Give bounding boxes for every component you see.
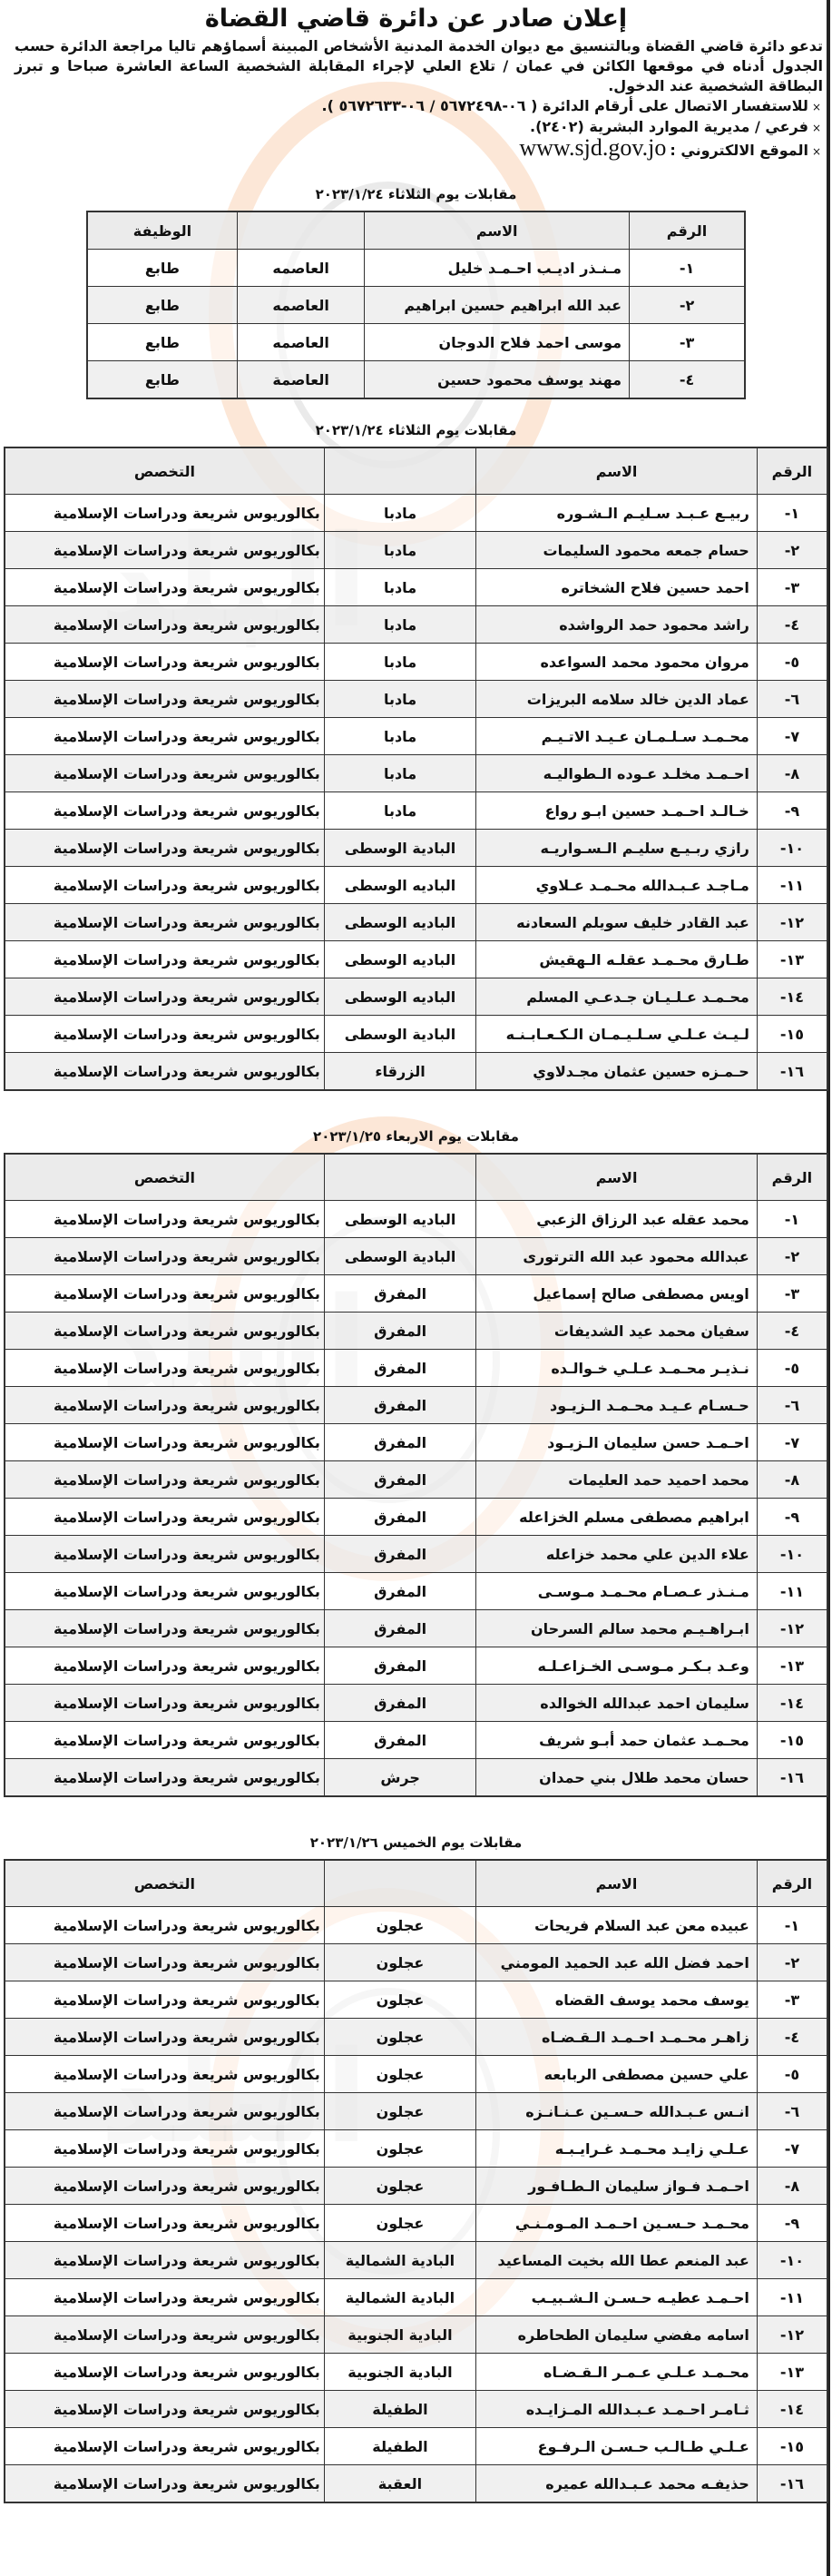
cell-region: عجلون — [324, 2019, 475, 2056]
cell-name: لـيـث عـلـي سـلـيـمـان الـكـعـابـنـه — [476, 1016, 758, 1053]
bullet-x-icon: × — [812, 122, 821, 134]
cell-job: طابع — [87, 324, 237, 361]
table-row: ١-عبيده معن عبد السلام فريحاتعجلونبكالور… — [5, 1907, 827, 1944]
cell-name: محـمـد عـلـيـان جـدعـي المسلم — [476, 978, 758, 1016]
cell-name: حسان محمد طلال بني حمدان — [476, 1759, 757, 1797]
cell-specialization: بكالوريوس شريعة ودراسات الإسلامية — [5, 1016, 324, 1053]
table-row: ٥-مروان محمود محمد السواعدهمادبابكالوريو… — [5, 644, 827, 681]
header-number: الرقم — [757, 1154, 827, 1201]
cell-number: ١- — [757, 1907, 827, 1944]
table-row: ٤-مهند يوسف محمود حسينالعاصمةطابع — [87, 361, 745, 399]
cell-region: الباديه الوسطى — [324, 904, 475, 941]
cell-number: ٤- — [757, 1313, 827, 1350]
cell-specialization: بكالوريوس شريعة ودراسات الإسلامية — [5, 941, 324, 978]
cell-region: عجلون — [324, 1944, 475, 1981]
table-row: ١١-مـاجـد عـبـدالله محـمـد عـلاويالباديه… — [5, 867, 827, 904]
cell-number: ٢- — [757, 1238, 827, 1275]
contact-extension-item: ×فرعي / مديرية الموارد البشرية (٢٤٠٢). — [0, 117, 821, 138]
cell-number: ٤- — [757, 2019, 827, 2056]
cell-number: ٧- — [757, 1424, 827, 1461]
header-specialization: التخصص — [5, 1154, 324, 1201]
table-row: ٧-عـلـي زايـد محـمـد غـرايـبـهعجلونبكالو… — [5, 2130, 827, 2168]
cell-region: البادية الوسطى — [324, 830, 475, 867]
cell-specialization: بكالوريوس شريعة ودراسات الإسلامية — [5, 1313, 324, 1350]
table-row: ١٢-اسامه مفضي سليمان الطحاطرهالبادية الج… — [5, 2316, 827, 2354]
cell-specialization: بكالوريوس شريعة ودراسات الإسلامية — [5, 904, 324, 941]
cell-job: طابع — [87, 361, 237, 399]
table-row: ١٤-محـمـد عـلـيـان جـدعـي المسلمالباديه … — [5, 978, 827, 1016]
cell-name: مـنـذر اديـب احـمـد خليل — [365, 250, 630, 287]
cell-number: ٢- — [630, 287, 745, 324]
cell-region: المفرق — [324, 1424, 476, 1461]
cell-specialization: بكالوريوس شريعة ودراسات الإسلامية — [5, 1722, 324, 1759]
cell-number: ١٠- — [757, 1536, 827, 1573]
cell-name: احـمـد عطيـه حـسـن الـشـبيـب — [476, 2279, 758, 2316]
table-row: ٩-ابراهيم مصطفى مسلم الخزاعلهالمفرقبكالو… — [5, 1499, 827, 1536]
cell-name: عـلـي زايـد محـمـد غـرايـبـه — [476, 2130, 758, 2168]
cell-specialization: بكالوريوس شريعة ودراسات الإسلامية — [5, 2056, 324, 2093]
cell-number: ١٥- — [757, 2428, 827, 2465]
table-header-row: الرقم الاسم التخصص — [5, 1154, 827, 1201]
cell-number: ١٠- — [757, 830, 827, 867]
cell-region: مادبا — [324, 569, 475, 606]
cell-job: طابع — [87, 250, 237, 287]
table-row: ١٣-وعـد بـكـر مـوسـى الخـزاعـلـهالمفرقبك… — [5, 1647, 827, 1685]
cell-specialization: بكالوريوس شريعة ودراسات الإسلامية — [5, 1610, 324, 1647]
cell-name: عـلـي طـالـب حـسـن الـرفـوع — [476, 2428, 758, 2465]
cell-number: ٩- — [757, 1499, 827, 1536]
table-row: ١٥-لـيـث عـلـي سـلـيـمـان الـكـعـابـنـها… — [5, 1016, 827, 1053]
cell-number: ١٣- — [757, 2354, 827, 2391]
header-name: الاسم — [476, 447, 758, 495]
cell-name: ابراهيم مصطفى مسلم الخزاعله — [476, 1499, 757, 1536]
cell-name: حـمـزه حسين عثمان مجـدلاوي — [476, 1053, 758, 1091]
cell-region: العاصمه — [237, 250, 364, 287]
cell-number: ٨- — [757, 2168, 827, 2205]
table-row: ١٣-محـمـد عـلـي عـمـر الـقـضـاهالبادية ا… — [5, 2354, 827, 2391]
cell-region: مادبا — [324, 718, 475, 755]
cell-number: ٣- — [630, 324, 745, 361]
cell-name: سفيان محمد عيد الشديفات — [476, 1313, 757, 1350]
cell-region: مادبا — [324, 644, 475, 681]
table-row: ٢-عبد الله ابراهيم حسين ابراهيمالعاصمهطا… — [87, 287, 745, 324]
cell-specialization: بكالوريوس شريعة ودراسات الإسلامية — [5, 2242, 324, 2279]
cell-region: عجلون — [324, 2056, 475, 2093]
cell-specialization: بكالوريوس شريعة ودراسات الإسلامية — [5, 1759, 324, 1797]
cell-specialization: بكالوريوس شريعة ودراسات الإسلامية — [5, 532, 324, 569]
table-row: ٩-محـمـد حـسـين احـمـد المـومـنـيعجلونبك… — [5, 2205, 827, 2242]
table-row: ٨-احـمـد مخلـد عـوده الـطواليـهمادبابكال… — [5, 755, 827, 792]
table-row: ٣-موسى احمد فلاح الدوجانالعاصمهطابع — [87, 324, 745, 361]
cell-name: احمد حسين فلاح الشخاتره — [476, 569, 758, 606]
cell-number: ٢- — [757, 1944, 827, 1981]
cell-region: المفرق — [324, 1647, 476, 1685]
cell-region: جرش — [324, 1759, 476, 1797]
cell-region: الطفيلة — [324, 2428, 475, 2465]
cell-name: احـمـد فـواز سليمان الـطـافـور — [476, 2168, 758, 2205]
table-row: ٢-حسام جمعه محمود السليماتمادبابكالوريوس… — [5, 532, 827, 569]
cell-specialization: بكالوريوس شريعة ودراسات الإسلامية — [5, 1238, 324, 1275]
table-row: ٦-حـسـام عـيـد محـمـد الـزيـودالمفرقبكال… — [5, 1387, 827, 1424]
cell-name: احـمـد مخلـد عـوده الـطواليـه — [476, 755, 758, 792]
cell-specialization: بكالوريوس شريعة ودراسات الإسلامية — [5, 718, 324, 755]
cell-region: عجلون — [324, 1981, 475, 2019]
cell-specialization: بكالوريوس شريعة ودراسات الإسلامية — [5, 1201, 324, 1238]
table-row: ٩-خـالـد احـمـد حسين ابـو رواعمادبابكالو… — [5, 792, 827, 830]
cell-specialization: بكالوريوس شريعة ودراسات الإسلامية — [5, 495, 324, 532]
cell-name: مهند يوسف محمود حسين — [365, 361, 630, 399]
table-row: ٧-محـمـد سـلـمـان عـيـد الاتـيـممادبابكا… — [5, 718, 827, 755]
table-header-row: الرقم الاسم الوظيفة — [87, 211, 745, 250]
header-region — [324, 447, 475, 495]
cell-name: عبيده معن عبد السلام فريحات — [476, 1907, 758, 1944]
cell-name: احـمـد حسن سليمان الـزيـود — [476, 1424, 757, 1461]
header-name: الاسم — [365, 211, 630, 250]
cell-name: محمد عقله عبد الرزاق الزعبي — [476, 1201, 757, 1238]
table-row: ١٦-حـمـزه حسين عثمان مجـدلاويالزرقاءبكال… — [5, 1053, 827, 1091]
cell-specialization: بكالوريوس شريعة ودراسات الإسلامية — [5, 2168, 324, 2205]
cell-specialization: بكالوريوس شريعة ودراسات الإسلامية — [5, 644, 324, 681]
cell-specialization: بكالوريوس شريعة ودراسات الإسلامية — [5, 1907, 324, 1944]
cell-name: عماد الدين خالد سلامه البريزات — [476, 681, 758, 718]
cell-region: المفرق — [324, 1313, 476, 1350]
cell-name: وعـد بـكـر مـوسـى الخـزاعـلـه — [476, 1647, 757, 1685]
cell-number: ١٢- — [757, 2316, 827, 2354]
cell-number: ٧- — [757, 718, 827, 755]
cell-number: ١٣- — [757, 1647, 827, 1685]
cell-name: مـاجـد عـبـدالله محـمـد عـلاوي — [476, 867, 758, 904]
header-region — [237, 211, 364, 250]
cell-number: ١٦- — [757, 1053, 827, 1091]
table-row: ١-مـنـذر اديـب احـمـد خليلالعاصمهطابع — [87, 250, 745, 287]
cell-number: ٦- — [757, 1387, 827, 1424]
cell-name: محـمـد حـسـين احـمـد المـومـنـي — [476, 2205, 758, 2242]
cell-region: العاصمة — [237, 361, 364, 399]
cell-specialization: بكالوريوس شريعة ودراسات الإسلامية — [5, 1424, 324, 1461]
cell-region: البادية الجنوبية — [324, 2354, 475, 2391]
cell-specialization: بكالوريوس شريعة ودراسات الإسلامية — [5, 1053, 324, 1091]
table-row: ٤-زاهـر محـمـد احـمـد الـقـضـاهعجلونبكال… — [5, 2019, 827, 2056]
table-row: ١٢-عبد القادر خليف سويلم السعادنهالباديه… — [5, 904, 827, 941]
contact-list: ×للاستفسار الاتصال على أرقام الدائرة ( ٠… — [0, 96, 821, 162]
contact-phone-item: ×للاستفسار الاتصال على أرقام الدائرة ( ٠… — [0, 96, 821, 117]
header-specialization: التخصص — [5, 447, 324, 495]
cell-specialization: بكالوريوس شريعة ودراسات الإسلامية — [5, 867, 324, 904]
table-row: ١٥-محـمـد عثمان حمد أبـو شريفالمفرقبكالو… — [5, 1722, 827, 1759]
cell-number: ٣- — [757, 1981, 827, 2019]
cell-job: طابع — [87, 287, 237, 324]
cell-number: ٩- — [757, 792, 827, 830]
website-label: الموقع الالكتروني : — [670, 142, 808, 159]
cell-number: ٨- — [757, 1461, 827, 1499]
cell-specialization: بكالوريوس شريعة ودراسات الإسلامية — [5, 1981, 324, 2019]
cell-specialization: بكالوريوس شريعة ودراسات الإسلامية — [5, 755, 324, 792]
cell-region: العاصمه — [237, 324, 364, 361]
cell-specialization: بكالوريوس شريعة ودراسات الإسلامية — [5, 2093, 324, 2130]
header-region — [324, 1860, 475, 1907]
table-row: ١-محمد عقله عبد الرزاق الزعبيالباديه الو… — [5, 1201, 827, 1238]
cell-specialization: بكالوريوس شريعة ودراسات الإسلامية — [5, 1461, 324, 1499]
cell-name: طـارق محـمـد عقلـه الـهقيش — [476, 941, 758, 978]
table-row: ٦-عماد الدين خالد سلامه البريزاتمادبابكا… — [5, 681, 827, 718]
section-title-wednesday: مقابلات يوم الاربعاء ٢٠٢٣/١/٢٥ — [0, 1127, 832, 1145]
cell-region: مادبا — [324, 532, 475, 569]
header-number: الرقم — [630, 211, 745, 250]
cell-region: عجلون — [324, 2130, 475, 2168]
cell-specialization: بكالوريوس شريعة ودراسات الإسلامية — [5, 1573, 324, 1610]
cell-name: اسامه مفضي سليمان الطحاطره — [476, 2316, 758, 2354]
interview-table-thursday: الرقم الاسم التخصص ١-عبيده معن عبد السلا… — [4, 1859, 828, 2503]
cell-number: ١٣- — [757, 941, 827, 978]
cell-name: موسى احمد فلاح الدوجان — [365, 324, 630, 361]
contact-extension-text: فرعي / مديرية الموارد البشرية (٢٤٠٢). — [530, 118, 808, 135]
cell-region: المفرق — [324, 1499, 476, 1536]
cell-specialization: بكالوريوس شريعة ودراسات الإسلامية — [5, 1536, 324, 1573]
table-row: ٣-احمد حسين فلاح الشخاترهمادبابكالوريوس … — [5, 569, 827, 606]
cell-region: المفرق — [324, 1387, 476, 1424]
cell-number: ٨- — [757, 755, 827, 792]
cell-name: محـمـد عثمان حمد أبـو شريف — [476, 1722, 757, 1759]
table-row: ١٥-عـلـي طـالـب حـسـن الـرفـوعالطفيلةبكا… — [5, 2428, 827, 2465]
cell-region: العقبة — [324, 2465, 475, 2503]
table-row: ٣-يوسف محمد يوسف القضاهعجلونبكالوريوس شر… — [5, 1981, 827, 2019]
contact-phone-text: للاستفسار الاتصال على أرقام الدائرة ( ٠٦… — [322, 97, 808, 114]
cell-region: العاصمه — [237, 287, 364, 324]
cell-specialization: بكالوريوس شريعة ودراسات الإسلامية — [5, 2465, 324, 2503]
cell-specialization: بكالوريوس شريعة ودراسات الإسلامية — [5, 569, 324, 606]
table-row: ١٤-سليمان احمد عبدالله الخوالدهالمفرقبكا… — [5, 1685, 827, 1722]
cell-region: المفرق — [324, 1350, 476, 1387]
contact-website-item: ×الموقع الالكتروني :www.sjd.gov.jo — [0, 138, 821, 162]
cell-region: الزرقاء — [324, 1053, 475, 1091]
cell-name: حـسـام عـيـد محـمـد الـزيـود — [476, 1387, 757, 1424]
cell-number: ٩- — [757, 2205, 827, 2242]
cell-number: ١٦- — [757, 1759, 827, 1797]
interview-table-wednesday: الرقم الاسم التخصص ١-محمد عقله عبد الرزا… — [4, 1153, 828, 1797]
cell-specialization: بكالوريوس شريعة ودراسات الإسلامية — [5, 2205, 324, 2242]
cell-name: حذيفـه محمد عـبـدالله عميره — [476, 2465, 758, 2503]
table-row: ١٠-علاء الدين علي محمد خزاعلهالمفرقبكالو… — [5, 1536, 827, 1573]
cell-region: عجلون — [324, 1907, 475, 1944]
cell-name: محـمـد سـلـمـان عـيـد الاتـيـم — [476, 718, 758, 755]
table-row: ٢-عبدالله محمود عبد الله الترتورىالبادية… — [5, 1238, 827, 1275]
cell-name: علاء الدين علي محمد خزاعله — [476, 1536, 757, 1573]
cell-region: المفرق — [324, 1461, 476, 1499]
cell-specialization: بكالوريوس شريعة ودراسات الإسلامية — [5, 1499, 324, 1536]
cell-name: اويس مصطفى صالح إسماعيل — [476, 1275, 757, 1313]
cell-region: المفرق — [324, 1685, 476, 1722]
cell-number: ٤- — [630, 361, 745, 399]
bullet-x-icon: × — [812, 145, 821, 158]
cell-specialization: بكالوريوس شريعة ودراسات الإسلامية — [5, 2391, 324, 2428]
cell-region: المفرق — [324, 1275, 476, 1313]
cell-specialization: بكالوريوس شريعة ودراسات الإسلامية — [5, 1944, 324, 1981]
table-row: ١٦-حذيفـه محمد عـبـدالله عميرهالعقبةبكال… — [5, 2465, 827, 2503]
header-specialization: التخصص — [5, 1860, 324, 1907]
cell-number: ١٤- — [757, 978, 827, 1016]
table-row: ٧-احـمـد حسن سليمان الـزيـودالمفرقبكالور… — [5, 1424, 827, 1461]
header-region — [324, 1154, 476, 1201]
section-title-tuesday: مقابلات يوم الثلاثاء ٢٠٢٣/١/٢٤ — [0, 421, 832, 439]
cell-specialization: بكالوريوس شريعة ودراسات الإسلامية — [5, 2130, 324, 2168]
header-name: الاسم — [476, 1154, 757, 1201]
table-row: ٥-نـذيـر محـمـد عـلـي خـوالـدهالمفرقبكال… — [5, 1350, 827, 1387]
cell-region: مادبا — [324, 606, 475, 644]
table-row: ٨-احـمـد فـواز سليمان الـطـافـورعجلونبكا… — [5, 2168, 827, 2205]
cell-number: ٤- — [757, 606, 827, 644]
cell-region: الباديه الوسطى — [324, 941, 475, 978]
cell-region: عجلون — [324, 2205, 475, 2242]
cell-number: ١١- — [757, 1573, 827, 1610]
table-row: ٨-محمد احميد حمد العليماتالمفرقبكالوريوس… — [5, 1461, 827, 1499]
table-header-row: الرقم الاسم التخصص — [5, 447, 827, 495]
section-title-thursday: مقابلات يوم الخميس ٢٠٢٣/١/٢٦ — [0, 1834, 832, 1852]
cell-region: البادية الجنوبية — [324, 2316, 475, 2354]
cell-region: البادية الوسطى — [324, 1016, 475, 1053]
cell-region: البادية الشمالية — [324, 2279, 475, 2316]
cell-number: ١- — [757, 495, 827, 532]
cell-number: ١٥- — [757, 1016, 827, 1053]
cell-region: عجلون — [324, 2168, 475, 2205]
cell-region: الباديه الوسطى — [324, 867, 475, 904]
cell-number: ٣- — [757, 1275, 827, 1313]
table-row: ١٢-ابـراهـيـم محمد سالم السرحانالمفرقبكا… — [5, 1610, 827, 1647]
cell-specialization: بكالوريوس شريعة ودراسات الإسلامية — [5, 681, 324, 718]
cell-specialization: بكالوريوس شريعة ودراسات الإسلامية — [5, 2428, 324, 2465]
cell-number: ٥- — [757, 1350, 827, 1387]
cell-name: خـالـد احـمـد حسين ابـو رواع — [476, 792, 758, 830]
cell-specialization: بكالوريوس شريعة ودراسات الإسلامية — [5, 2354, 324, 2391]
cell-region: البادية الشمالية — [324, 2242, 475, 2279]
cell-name: عبد الله ابراهيم حسين ابراهيم — [365, 287, 630, 324]
section-title-tuesday-clerks: مقابلات يوم الثلاثاء ٢٠٢٣/١/٢٤ — [0, 185, 832, 203]
cell-number: ٦- — [757, 681, 827, 718]
cell-number: ٧- — [757, 2130, 827, 2168]
cell-name: عبد المنعم عطا الله بخيت المساعيد — [476, 2242, 758, 2279]
page-title: إعلان صادر عن دائرة قاضي القضاة — [0, 0, 832, 34]
cell-region: المفرق — [324, 1536, 476, 1573]
cell-region: المفرق — [324, 1610, 476, 1647]
table-row: ١٠-رازي ربـيـع سليـم الـسـواريـهالبادية … — [5, 830, 827, 867]
bullet-x-icon: × — [812, 101, 821, 113]
cell-region: مادبا — [324, 792, 475, 830]
cell-number: ١٥- — [757, 1722, 827, 1759]
cell-name: ثـامـر احـمـد عـبـدالله المـزايـده — [476, 2391, 758, 2428]
cell-region: الباديه الوسطى — [324, 1201, 476, 1238]
cell-number: ١٤- — [757, 1685, 827, 1722]
cell-specialization: بكالوريوس شريعة ودراسات الإسلامية — [5, 978, 324, 1016]
cell-number: ١٦- — [757, 2465, 827, 2503]
table-row: ١١-مـنـذر عـصـام محـمـد مـوسـىالمفرقبكال… — [5, 1573, 827, 1610]
header-number: الرقم — [757, 447, 827, 495]
table-row: ١٠-عبد المنعم عطا الله بخيت المساعيدالبا… — [5, 2242, 827, 2279]
cell-region: عجلون — [324, 2093, 475, 2130]
cell-name: عبد القادر خليف سويلم السعادنه — [476, 904, 758, 941]
cell-region: البادية الوسطى — [324, 1238, 476, 1275]
cell-name: ربيـع عـبـد سـليـم الـشـوره — [476, 495, 758, 532]
cell-number: ١٠- — [757, 2242, 827, 2279]
cell-specialization: بكالوريوس شريعة ودراسات الإسلامية — [5, 1685, 324, 1722]
cell-number: ٣- — [757, 569, 827, 606]
cell-name: محـمـد عـلـي عـمـر الـقـضـاه — [476, 2354, 758, 2391]
table-row: ٤-سفيان محمد عيد الشديفاتالمفرقبكالوريوس… — [5, 1313, 827, 1350]
cell-region: مادبا — [324, 681, 475, 718]
interview-table-tuesday: الرقم الاسم التخصص ١-ربيـع عـبـد سـليـم … — [4, 447, 828, 1091]
table-row: ٢-احمد فضل الله عبد الحميد المومنيعجلونب… — [5, 1944, 827, 1981]
table-row: ١-ربيـع عـبـد سـليـم الـشـورهمادبابكالور… — [5, 495, 827, 532]
cell-specialization: بكالوريوس شريعة ودراسات الإسلامية — [5, 2279, 324, 2316]
cell-name: محمد احميد حمد العليمات — [476, 1461, 757, 1499]
table-row: ٦-انـس عـبـدالله حـسـين عـنـانـزهعجلونبك… — [5, 2093, 827, 2130]
website-link[interactable]: www.sjd.gov.jo — [519, 134, 666, 161]
cell-number: ٦- — [757, 2093, 827, 2130]
cell-specialization: بكالوريوس شريعة ودراسات الإسلامية — [5, 1647, 324, 1685]
table-row: ٥-علي حسين مصطفى الربابعهعجلونبكالوريوس … — [5, 2056, 827, 2093]
header-number: الرقم — [757, 1860, 827, 1907]
cell-region: مادبا — [324, 495, 475, 532]
cell-specialization: بكالوريوس شريعة ودراسات الإسلامية — [5, 606, 324, 644]
cell-name: احمد فضل الله عبد الحميد المومني — [476, 1944, 758, 1981]
table-row: ١١-احـمـد عطيـه حـسـن الـشـبيـبالبادية ا… — [5, 2279, 827, 2316]
table-row: ٣-اويس مصطفى صالح إسماعيلالمفرقبكالوريوس… — [5, 1275, 827, 1313]
cell-name: عبدالله محمود عبد الله الترتورى — [476, 1238, 757, 1275]
intro-paragraph: تدعو دائرة قاضي القضاة وبالتنسيق مع ديوا… — [15, 36, 823, 96]
cell-specialization: بكالوريوس شريعة ودراسات الإسلامية — [5, 830, 324, 867]
cell-name: يوسف محمد يوسف القضاه — [476, 1981, 758, 2019]
cell-name: حسام جمعه محمود السليمات — [476, 532, 758, 569]
cell-number: ١١- — [757, 867, 827, 904]
table-row: ١٦-حسان محمد طلال بني حمدانجرشبكالوريوس … — [5, 1759, 827, 1797]
cell-number: ٥- — [757, 644, 827, 681]
announcement-page: إعلان صادر عن دائرة قاضي القضاة تدعو دائ… — [0, 0, 832, 2503]
cell-number: ١- — [757, 1201, 827, 1238]
cell-number: ٢- — [757, 532, 827, 569]
cell-specialization: بكالوريوس شريعة ودراسات الإسلامية — [5, 792, 324, 830]
cell-name: زاهـر محـمـد احـمـد الـقـضـاه — [476, 2019, 758, 2056]
cell-specialization: بكالوريوس شريعة ودراسات الإسلامية — [5, 2316, 324, 2354]
header-job: الوظيفة — [87, 211, 237, 250]
table-row: ٤-راشد محمود حمد الرواشدهمادبابكالوريوس … — [5, 606, 827, 644]
cell-name: ابـراهـيـم محمد سالم السرحان — [476, 1610, 757, 1647]
cell-name: رازي ربـيـع سليـم الـسـواريـه — [476, 830, 758, 867]
cell-number: ٥- — [757, 2056, 827, 2093]
cell-number: ١٢- — [757, 1610, 827, 1647]
cell-region: الطفيلة — [324, 2391, 475, 2428]
cell-specialization: بكالوريوس شريعة ودراسات الإسلامية — [5, 1275, 324, 1313]
cell-name: علي حسين مصطفى الربابعه — [476, 2056, 758, 2093]
cell-number: ١٢- — [757, 904, 827, 941]
cell-specialization: بكالوريوس شريعة ودراسات الإسلامية — [5, 1387, 324, 1424]
cell-region: الباديه الوسطى — [324, 978, 475, 1016]
cell-specialization: بكالوريوس شريعة ودراسات الإسلامية — [5, 2019, 324, 2056]
table-row: ١٤-ثـامـر احـمـد عـبـدالله المـزايـدهالط… — [5, 2391, 827, 2428]
table-row: ١٣-طـارق محـمـد عقلـه الـهقيشالباديه الو… — [5, 941, 827, 978]
cell-region: مادبا — [324, 755, 475, 792]
cell-name: راشد محمود حمد الرواشده — [476, 606, 758, 644]
cell-number: ١٤- — [757, 2391, 827, 2428]
table-header-row: الرقم الاسم التخصص — [5, 1860, 827, 1907]
cell-region: المفرق — [324, 1722, 476, 1759]
cell-region: المفرق — [324, 1573, 476, 1610]
cell-name: انـس عـبـدالله حـسـين عـنـانـزه — [476, 2093, 758, 2130]
cell-number: ١- — [630, 250, 745, 287]
cell-name: مروان محمود محمد السواعده — [476, 644, 758, 681]
cell-specialization: بكالوريوس شريعة ودراسات الإسلامية — [5, 1350, 324, 1387]
header-name: الاسم — [476, 1860, 758, 1907]
cell-name: سليمان احمد عبدالله الخوالده — [476, 1685, 757, 1722]
cell-number: ١١- — [757, 2279, 827, 2316]
cell-name: مـنـذر عـصـام محـمـد مـوسـى — [476, 1573, 757, 1610]
